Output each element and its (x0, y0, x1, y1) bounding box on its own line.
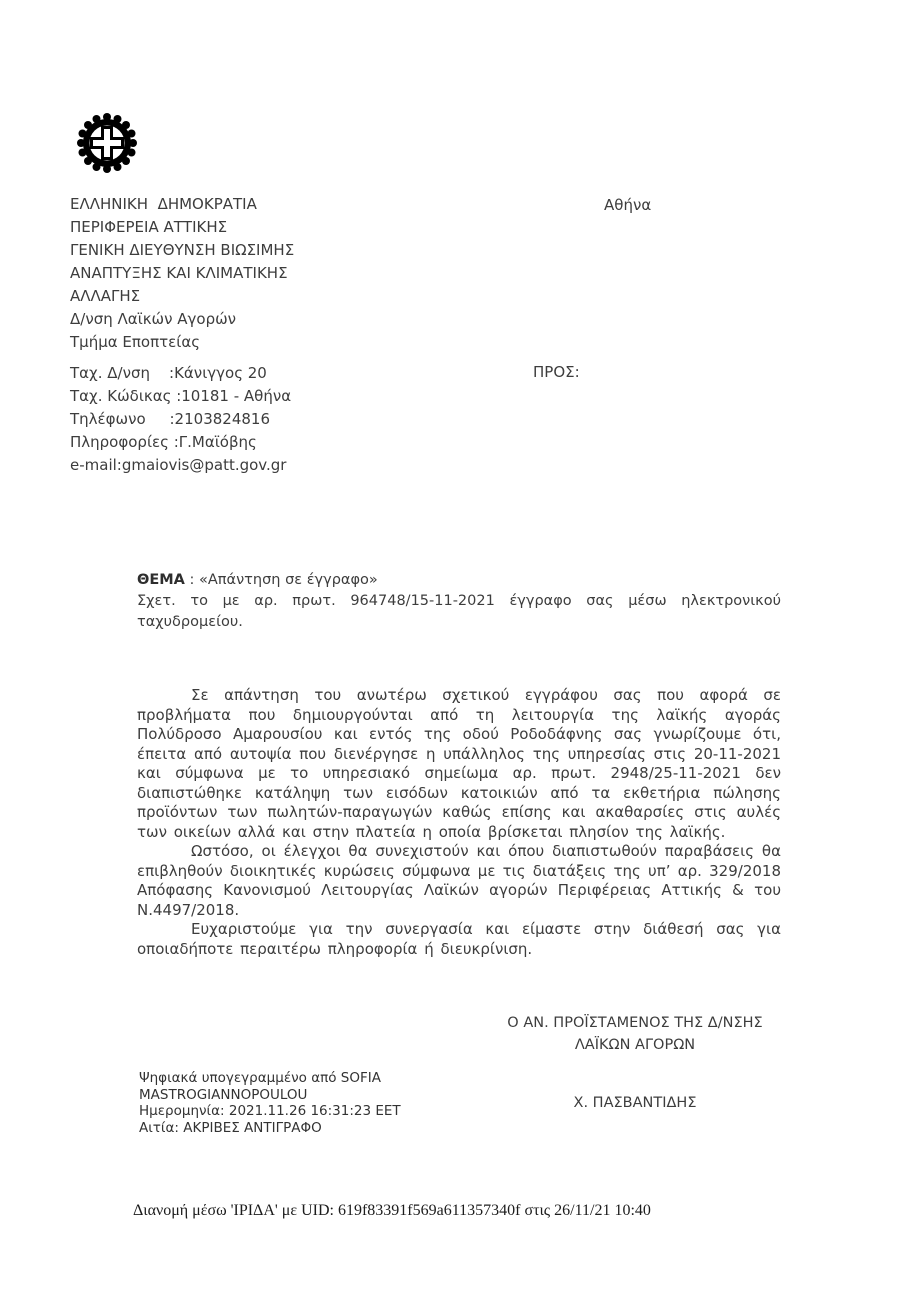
city-label: Αθήνα (604, 196, 651, 214)
signature-block: Ο ΑΝ. ΠΡΟΪΣΤΑΜΕΝΟΣ ΤΗΣ Δ/ΝΣΗΣ ΛΑΪΚΩΝ ΑΓΟ… (470, 1012, 800, 1114)
subject-block: ΘΕΜΑ : «Απάντηση σε έγγραφο» Σχετ. το με… (137, 570, 781, 633)
contact-line-address: Ταχ. Δ/νση :Κάνιγγος 20 (70, 362, 291, 385)
header-line: ΕΛΛΗΝΙΚΗ ΔΗΜΟΚΡΑΤΙΑ (70, 193, 294, 216)
header-line: ΑΝΑΠΤΥΞΗΣ ΚΑΙ ΚΛΙΜΑΤΙΚΗΣ (70, 262, 294, 285)
body-paragraph: Ευχαριστούμε για την συνεργασία και είμα… (137, 920, 781, 959)
body-paragraph: Ωστόσο, οι έλεγχοι θα συνεχιστούν και όπ… (137, 842, 781, 920)
stamp-line: Ημερομηνία: 2021.11.26 16:31:23 EET (139, 1103, 401, 1120)
stamp-line: Ψηφιακά υπογεγραμμένο από SOFIA (139, 1070, 401, 1087)
document-page: ΕΛΛΗΝΙΚΗ ΔΗΜΟΚΡΑΤΙΑ ΠΕΡΙΦΕΡΕΙΑ ΑΤΤΙΚΗΣ Γ… (0, 0, 918, 1300)
subject-reference: Σχετ. το με αρ. πρωτ. 964748/15-11-2021 … (137, 591, 781, 633)
subject-line: ΘΕΜΑ : «Απάντηση σε έγγραφο» (137, 570, 781, 591)
signatory-title-line1: Ο ΑΝ. ΠΡΟΪΣΤΑΜΕΝΟΣ ΤΗΣ Δ/ΝΣΗΣ (470, 1012, 800, 1034)
contact-details: Ταχ. Δ/νση :Κάνιγγος 20 Ταχ. Κώδικας :10… (70, 362, 291, 477)
contact-line-phone: Τηλέφωνο :2103824816 (70, 408, 291, 431)
contact-line-email: e-mail:gmaiovis@patt.gov.gr (70, 454, 291, 477)
header-line: Δ/νση Λαϊκών Αγορών (70, 308, 294, 331)
contact-line-postcode: Ταχ. Κώδικας :10181 - Αθήνα (70, 385, 291, 408)
subject-label: ΘΕΜΑ (137, 572, 185, 588)
greek-national-emblem-icon (76, 110, 138, 180)
signatory-title-line2: ΛΑΪΚΩΝ ΑΓΟΡΩΝ (470, 1034, 800, 1056)
signatory-name: Χ. ΠΑΣΒΑΝΤΙΔΗΣ (470, 1092, 800, 1114)
header-line: ΓΕΝΙΚΗ ΔΙΕΥΘΥΝΣΗ ΒΙΩΣΙΜΗΣ (70, 239, 294, 262)
header-line: ΑΛΛΑΓΗΣ (70, 285, 294, 308)
stamp-line: Αιτία: ΑΚΡΙΒΕΣ ΑΝΤΙΓΡΑΦΟ (139, 1120, 401, 1137)
distribution-footer: Διανομή μέσω 'ΙΡΙΔΑ' με UID: 619f83391f5… (133, 1202, 651, 1220)
subject-title: : «Απάντηση σε έγγραφο» (185, 572, 378, 588)
stamp-line: MASTROGIANNOPOULOU (139, 1087, 401, 1104)
sender-header: ΕΛΛΗΝΙΚΗ ΔΗΜΟΚΡΑΤΙΑ ΠΕΡΙΦΕΡΕΙΑ ΑΤΤΙΚΗΣ Γ… (70, 193, 294, 354)
header-line: Τμήμα Εποπτείας (70, 331, 294, 354)
body-paragraph: Σε απάντηση του ανωτέρω σχετικού εγγράφο… (137, 686, 781, 842)
digital-signature-stamp: Ψηφιακά υπογεγραμμένο από SOFIA MASTROGI… (139, 1070, 401, 1136)
contact-line-info: Πληροφορίες :Γ.Μαϊόβης (70, 431, 291, 454)
recipient-label: ΠΡΟΣ: (533, 363, 580, 381)
header-line: ΠΕΡΙΦΕΡΕΙΑ ΑΤΤΙΚΗΣ (70, 216, 294, 239)
letter-body: Σε απάντηση του ανωτέρω σχετικού εγγράφο… (137, 686, 781, 959)
